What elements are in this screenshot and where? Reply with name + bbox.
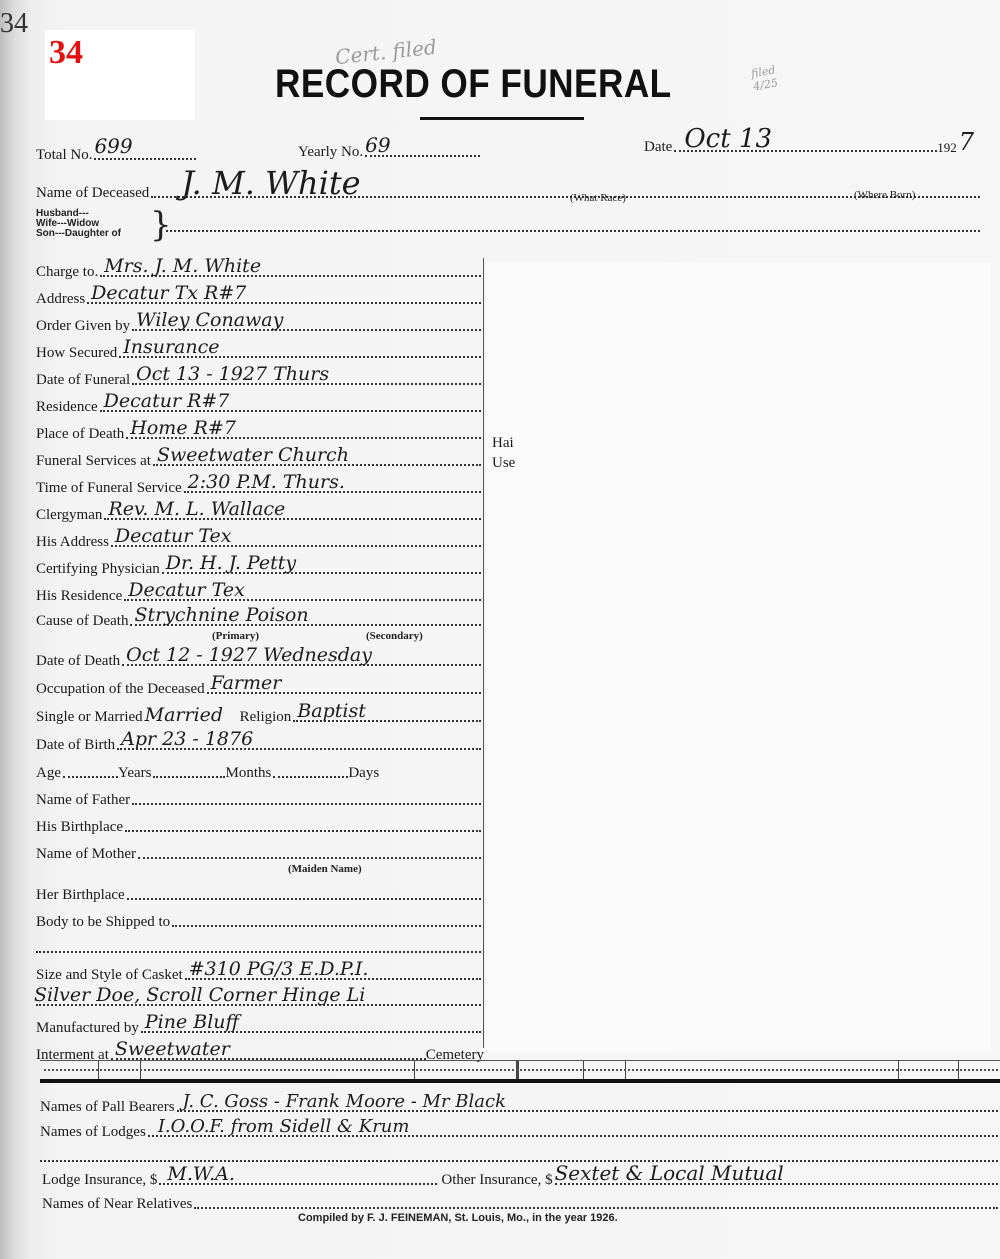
religion-value[interactable]: Baptist: [297, 700, 366, 722]
main-fields: Charge to. Mrs. J. M. White Address Deca…: [36, 254, 481, 1064]
date-year-printed: 192: [937, 140, 957, 156]
field-age: Age Years Months Days: [36, 754, 486, 782]
name-of-deceased-label: Name of Deceased: [36, 185, 149, 202]
field-time-of-funeral-service: Time of Funeral Service 2:30 P.M. Thurs.: [36, 470, 481, 497]
field-his-address: His Address Decatur Tex: [36, 524, 481, 551]
secondary-label: (Secondary): [366, 630, 423, 642]
red-page-label: 34: [49, 34, 83, 72]
total-no-value[interactable]: 699: [94, 134, 132, 158]
cause-sublabels: (Primary) (Secondary): [36, 630, 481, 644]
age-days-field[interactable]: [273, 776, 348, 778]
field-casket: Size and Style of Casket #310 PG/3 E.D.P…: [36, 957, 481, 984]
marital-status-value[interactable]: Married: [145, 704, 240, 726]
yearly-no-row: Yearly No. 69: [298, 137, 480, 161]
what-race-label: (What Race): [570, 192, 626, 204]
date-year-handwritten[interactable]: 7: [959, 128, 974, 156]
name-of-deceased-row: Name of Deceased J. M. White: [36, 178, 980, 202]
field-casket-line2: Silver Doe, Scroll Corner Hinge Li: [36, 984, 481, 1010]
date-label: Date: [644, 139, 672, 156]
page-title: RECORD OF FUNERAL: [275, 62, 672, 107]
age-months-field[interactable]: [153, 776, 225, 778]
where-born-label: (Where Born): [854, 189, 915, 201]
field-her-birthplace: Her Birthplace: [36, 877, 481, 904]
field-insurance: Lodge Insurance, $ M.W.A. Other Insuranc…: [42, 1165, 998, 1189]
name-of-deceased-value[interactable]: J. M. White: [181, 164, 360, 202]
margin-note: Hai Use: [492, 433, 515, 473]
relation-field[interactable]: [166, 230, 980, 232]
field-body-shipped-to: Body to be Shipped to: [36, 904, 481, 931]
field-how-secured: How Secured Insurance: [36, 335, 481, 362]
field-his-birthplace: His Birthplace: [36, 809, 481, 836]
field-date-of-funeral: Date of Funeral Oct 13 - 1927 Thurs: [36, 362, 481, 389]
field-his-residence: His Residence Decatur Tex: [36, 578, 481, 605]
field-funeral-services-at: Funeral Services at Sweetwater Church: [36, 443, 481, 470]
compiled-by-footer: Compiled by F. J. FEINEMAN, St. Louis, M…: [298, 1212, 618, 1224]
field-charge-to: Charge to. Mrs. J. M. White: [36, 254, 481, 281]
field-clergyman: Clergyman Rev. M. L. Wallace: [36, 497, 481, 524]
field-residence: Residence Decatur R#7: [36, 389, 481, 416]
field-name-of-father: Name of Father: [36, 782, 481, 809]
yearly-no-value[interactable]: 69: [365, 133, 390, 157]
page-label-box: 34: [45, 30, 195, 120]
field-pall-bearers: Names of Pall Bearers J. C. Goss - Frank…: [40, 1092, 998, 1116]
accounts-table-row: [40, 1060, 1000, 1079]
field-manufactured-by: Manufactured by Pine Bluff: [36, 1010, 481, 1037]
field-occupation: Occupation of the Deceased Farmer: [36, 670, 481, 698]
date-row: Date Oct 13 192 7: [644, 132, 974, 156]
field-place-of-death: Place of Death Home R#7: [36, 416, 481, 443]
age-years-field[interactable]: [63, 776, 118, 778]
total-no-row: Total No. 699: [36, 140, 196, 164]
field-address: Address Decatur Tx R#7: [36, 281, 481, 308]
yearly-no-label: Yearly No.: [298, 144, 363, 161]
date-value[interactable]: Oct 13: [684, 124, 772, 154]
column-divider: [483, 258, 484, 1048]
primary-label: (Primary): [212, 630, 259, 642]
field-cause-of-death: Cause of Death Strychnine Poison: [36, 605, 481, 630]
field-near-relatives: Names of Near Relatives: [42, 1189, 998, 1213]
relation-brace: }: [150, 208, 172, 242]
field-lodges: Names of Lodges I.O.O.F. from Sidell & K…: [40, 1117, 998, 1141]
section-divider: [40, 1079, 1000, 1083]
field-name-of-mother: Name of Mother: [36, 836, 481, 863]
field-blank-line: [36, 931, 481, 957]
maiden-name-sublabel: (Maiden Name): [36, 863, 481, 877]
title-underline: [420, 117, 584, 120]
pencil-annotation-filed: filed 4/25: [750, 61, 794, 94]
field-single-or-married: Single or Married Married Religion Bapti…: [36, 698, 481, 726]
field-date-of-death: Date of Death Oct 12 - 1927 Wednesday: [36, 644, 481, 670]
relation-labels: Husband--- Wife---Widow Son---Daughter o…: [36, 209, 121, 239]
blank-right-panel: [486, 262, 991, 1052]
left-page-number: 34: [0, 8, 28, 40]
field-date-of-birth: Date of Birth Apr 23 - 1876: [36, 726, 481, 754]
field-certifying-physician: Certifying Physician Dr. H. J. Petty: [36, 551, 481, 578]
total-no-label: Total No.: [36, 147, 92, 164]
other-insurance-value[interactable]: Sextet & Local Mutual: [555, 1161, 784, 1185]
lodge-insurance-value[interactable]: M.W.A.: [167, 1163, 235, 1185]
field-order-given-by: Order Given by Wiley Conaway: [36, 308, 481, 335]
